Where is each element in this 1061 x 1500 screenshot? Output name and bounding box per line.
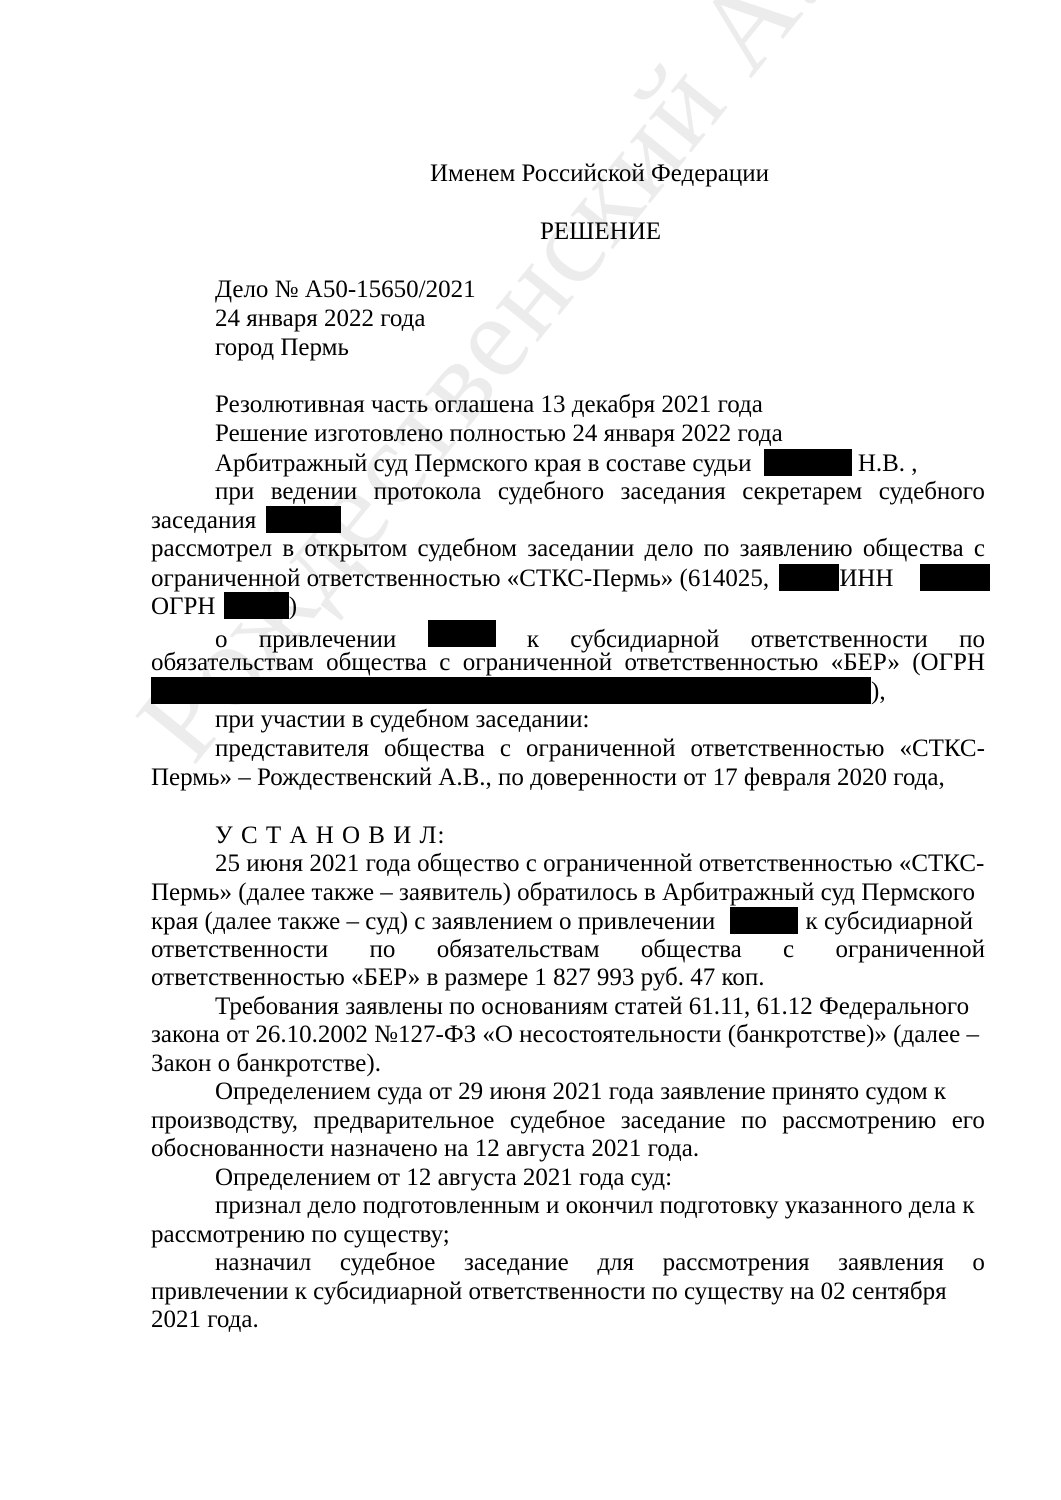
- word: рассмотрению: [782, 1107, 936, 1135]
- word: для: [597, 1249, 634, 1277]
- decision-date: 24 января 2022 года: [215, 305, 425, 333]
- intro-line-13: представителяобществасограниченнойответс…: [215, 735, 985, 763]
- text: края (далее также – суд) с заявлением о …: [151, 908, 715, 935]
- case-number: Дело № А50-15650/2021: [215, 276, 476, 304]
- intro-line-3: Арбитражный суд Пермского края в составе…: [215, 449, 918, 477]
- court-composition: Арбитражный суд Пермского края в составе…: [215, 450, 752, 477]
- word: заседании: [527, 535, 634, 563]
- word: протокола: [374, 478, 482, 506]
- word: его: [952, 1107, 985, 1135]
- intro-line-4: приведениипротоколасудебногозаседаниясек…: [215, 478, 985, 506]
- redaction-ogrn: [224, 592, 289, 619]
- p6-line-1: назначилсудебноезаседаниедлярассмотрения…: [215, 1249, 985, 1277]
- word: о: [972, 1249, 985, 1277]
- word: «СТКС-: [899, 735, 985, 763]
- judge-initials: Н.В. ,: [858, 450, 918, 477]
- p1-line-4: ответственностипообязательствамобществас…: [151, 936, 985, 964]
- p2-line-2: закона от 26.10.2002 №127-ФЗ «О несостоя…: [151, 1021, 979, 1049]
- word: с: [439, 649, 450, 677]
- text: к субсидиарной: [806, 908, 973, 935]
- p3-line-2: производству,предварительноесудебноезасе…: [151, 1107, 985, 1135]
- word: открытом: [304, 535, 407, 563]
- word: секретарем: [742, 478, 862, 506]
- header-in-the-name: Именем Российской Федерации: [430, 160, 769, 188]
- word: в: [282, 535, 294, 563]
- word: обязательствам: [437, 936, 600, 964]
- p5-line-2: рассмотрению по существу;: [151, 1221, 450, 1249]
- word: судебного: [498, 478, 604, 506]
- p1-line-1: 25 июня 2021 года общество с ограниченно…: [215, 850, 984, 878]
- session-word: заседания: [151, 507, 256, 534]
- redaction-debtor-details: [151, 677, 871, 704]
- p1-line-5: ответственностью «БЕР» в размере 1 827 9…: [151, 964, 765, 992]
- intro-line-10: обязательствамобществасограниченнойответ…: [151, 649, 985, 677]
- word: заявления: [838, 1249, 944, 1277]
- word: с: [974, 535, 985, 563]
- close-paren: ): [289, 593, 297, 620]
- close-paren: ),: [871, 678, 886, 705]
- word: заседание: [621, 1107, 726, 1135]
- word: ограниченной: [836, 936, 985, 964]
- word: судебного: [879, 478, 985, 506]
- word: рассмотрел: [151, 535, 272, 563]
- word: производству,: [151, 1107, 298, 1135]
- applicant-name: ограниченной ответственностью «СТКС-Перм…: [151, 565, 769, 592]
- word: судебное: [510, 1107, 606, 1135]
- redaction-defendant-2: [730, 907, 798, 934]
- intro-line-9: о привлечении к субсидиарной ответственн…: [215, 620, 985, 648]
- p6-line-3: 2021 года.: [151, 1306, 259, 1334]
- word: заседания: [621, 478, 726, 506]
- document-page: Рождественский А.В. Именем Российской Фе…: [0, 0, 1061, 1500]
- word: предварительное: [313, 1107, 494, 1135]
- p6-line-2: привлечении к субсидиарной ответственнос…: [151, 1278, 947, 1306]
- intro-line-11: ),: [151, 677, 886, 705]
- word: обязательствам: [151, 649, 314, 677]
- word: при: [215, 478, 254, 506]
- word: ответственностью: [624, 649, 818, 677]
- word: судебном: [418, 535, 517, 563]
- word: (ОГРН: [912, 649, 985, 677]
- intro-line-1: Резолютивная часть оглашена 13 декабря 2…: [215, 391, 763, 419]
- redaction-secretary: [266, 506, 341, 533]
- redaction-inn: [920, 564, 990, 591]
- p1-line-2: Пермь» (далее также – заявитель) обратил…: [151, 879, 975, 907]
- intro-line-7: ограниченной ответственностью «СТКС-Перм…: [151, 564, 990, 592]
- word: назначил: [215, 1249, 311, 1277]
- intro-line-6: рассмотрелвоткрытомсудебномзаседаниидело…: [151, 535, 985, 563]
- word: заявлению: [740, 535, 853, 563]
- decision-city: город Пермь: [215, 334, 349, 362]
- intro-line-12: при участии в судебном заседании:: [215, 706, 590, 734]
- word: общества: [384, 735, 485, 763]
- word: «БЕР»: [831, 649, 900, 677]
- word: представителя: [215, 735, 369, 763]
- redaction-address: [779, 564, 839, 591]
- intro-line-5: заседания: [151, 506, 341, 534]
- redaction-judge: [764, 449, 852, 476]
- word: заседание: [464, 1249, 569, 1277]
- p1-line-3: края (далее также – суд) с заявлением о …: [151, 907, 973, 935]
- word: рассмотрения: [663, 1249, 810, 1277]
- intro-line-8: ОГРН ): [151, 592, 297, 620]
- inn-label: ИНН: [839, 565, 893, 592]
- word: ответственности: [151, 936, 328, 964]
- word: ограниченной: [526, 735, 675, 763]
- intro-line-14: Пермь» – Рождественский А.В., по доверен…: [151, 764, 945, 792]
- word: по: [370, 936, 396, 964]
- p5-line-1: признал дело подготовленным и окончил по…: [215, 1192, 975, 1220]
- word: дело: [645, 535, 694, 563]
- word: общества: [863, 535, 964, 563]
- p4-line-1: Определением от 12 августа 2021 года суд…: [215, 1164, 672, 1192]
- p3-line-1: Определением суда от 29 июня 2021 года з…: [215, 1078, 946, 1106]
- word: общества: [641, 936, 742, 964]
- established-heading: У С Т А Н О В И Л:: [215, 822, 445, 850]
- p2-line-3: Закон о банкротстве).: [151, 1050, 381, 1078]
- word: общества: [326, 649, 427, 677]
- p3-line-3: обоснованности назначено на 12 августа 2…: [151, 1135, 699, 1163]
- p2-line-1: Требования заявлены по основаниям статей…: [215, 993, 969, 1021]
- intro-line-2: Решение изготовлено полностью 24 января …: [215, 420, 783, 448]
- word: ведении: [271, 478, 357, 506]
- word: ответственностью: [691, 735, 885, 763]
- document-title: РЕШЕНИЕ: [540, 218, 661, 246]
- word: с: [783, 936, 794, 964]
- word: судебное: [340, 1249, 436, 1277]
- word: ограниченной: [463, 649, 612, 677]
- ogrn-label: ОГРН: [151, 593, 215, 620]
- redaction-defendant: [428, 620, 496, 647]
- word: с: [500, 735, 511, 763]
- word: по: [704, 535, 730, 563]
- word: по: [741, 1107, 767, 1135]
